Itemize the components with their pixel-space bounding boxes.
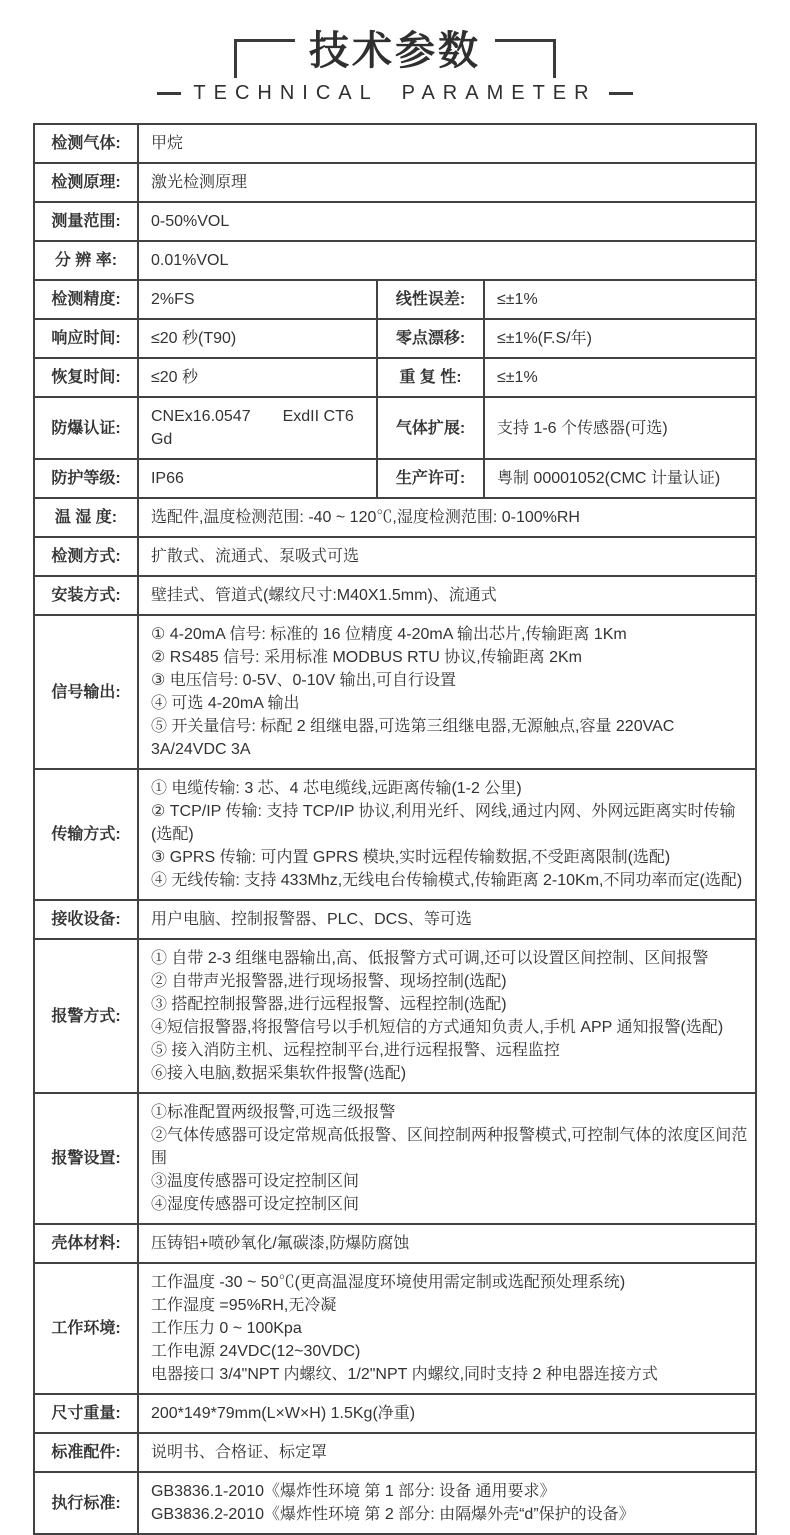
- page-subtitle: TECHNICAL PARAMETER: [193, 82, 596, 105]
- param-label: 零点漂移:: [377, 319, 484, 358]
- param-value: ≤±1%: [484, 280, 756, 319]
- param-label: 检测精度:: [34, 280, 138, 319]
- param-label: 气体扩展:: [377, 397, 484, 459]
- param-label: 测量范围:: [34, 202, 138, 241]
- param-value: 支持 1-6 个传感器(可选): [484, 397, 756, 459]
- dash-right-icon: [609, 92, 633, 95]
- header: 技术参数 TECHNICAL PARAMETER: [0, 26, 790, 105]
- param-label: 防护等级:: [34, 459, 138, 498]
- param-value: 用户电脑、控制报警器、PLC、DCS、等可选: [138, 900, 756, 939]
- param-value: ≤±1%(F.S/年): [484, 319, 756, 358]
- param-value: IP66: [138, 459, 377, 498]
- param-label: 检测方式:: [34, 537, 138, 576]
- param-value: 甲烷: [138, 124, 756, 163]
- param-value: 工作温度 -30 ~ 50℃(更高温湿度环境使用需定制或选配预处理系统) 工作湿…: [138, 1263, 756, 1394]
- table-row: 检测方式: 扩散式、流通式、泵吸式可选: [34, 537, 756, 576]
- param-value: ①标准配置两级报警,可选三级报警 ②气体传感器可设定常规高低报警、区间控制两种报…: [138, 1093, 756, 1224]
- table-row: 报警设置: ①标准配置两级报警,可选三级报警 ②气体传感器可设定常规高低报警、区…: [34, 1093, 756, 1224]
- param-label: 响应时间:: [34, 319, 138, 358]
- table-row: 执行标准: GB3836.1-2010《爆炸性环境 第 1 部分: 设备 通用要…: [34, 1472, 756, 1534]
- table-row: 信号输出: ① 4-20mA 信号: 标准的 16 位精度 4-20mA 输出芯…: [34, 615, 756, 769]
- table-row: 工作环境: 工作温度 -30 ~ 50℃(更高温湿度环境使用需定制或选配预处理系…: [34, 1263, 756, 1394]
- param-label: 安装方式:: [34, 576, 138, 615]
- table-row: 报警方式: ① 自带 2-3 组继电器输出,高、低报警方式可调,还可以设置区间控…: [34, 939, 756, 1093]
- param-value: ≤20 秒(T90): [138, 319, 377, 358]
- param-value: 激光检测原理: [138, 163, 756, 202]
- param-label: 检测气体:: [34, 124, 138, 163]
- param-label: 分 辨 率:: [34, 241, 138, 280]
- corner-bracket-left-icon: [234, 39, 295, 78]
- param-value: 2%FS: [138, 280, 377, 319]
- table-row: 分 辨 率: 0.01%VOL: [34, 241, 756, 280]
- table-row: 防爆认证: CNEx16.0547 ExdII CT6 Gd 气体扩展: 支持 …: [34, 397, 756, 459]
- param-value: ≤20 秒: [138, 358, 377, 397]
- param-label: 重 复 性:: [377, 358, 484, 397]
- table-row: 检测精度: 2%FS 线性误差: ≤±1%: [34, 280, 756, 319]
- table-row: 接收设备: 用户电脑、控制报警器、PLC、DCS、等可选: [34, 900, 756, 939]
- table-row: 防护等级: IP66 生产许可: 粤制 00001052(CMC 计量认证): [34, 459, 756, 498]
- page-title: 技术参数: [309, 26, 481, 76]
- param-label: 报警设置:: [34, 1093, 138, 1224]
- param-value: ① 4-20mA 信号: 标准的 16 位精度 4-20mA 输出芯片,传输距离…: [138, 615, 756, 769]
- table-row: 尺寸重量: 200*149*79mm(L×W×H) 1.5Kg(净重): [34, 1394, 756, 1433]
- param-label: 接收设备:: [34, 900, 138, 939]
- table-row: 响应时间: ≤20 秒(T90) 零点漂移: ≤±1%(F.S/年): [34, 319, 756, 358]
- param-label: 执行标准:: [34, 1472, 138, 1534]
- table-row: 标准配件: 说明书、合格证、标定罩: [34, 1433, 756, 1472]
- param-label: 壳体材料:: [34, 1224, 138, 1263]
- param-label: 报警方式:: [34, 939, 138, 1093]
- param-label: 生产许可:: [377, 459, 484, 498]
- table-row: 恢复时间: ≤20 秒 重 复 性: ≤±1%: [34, 358, 756, 397]
- spec-sheet-page: 技术参数 TECHNICAL PARAMETER 检测气体: 甲烷 检测原理: …: [0, 0, 790, 1535]
- param-value: 压铸铝+喷砂氧化/氟碳漆,防爆防腐蚀: [138, 1224, 756, 1263]
- table-row: 检测气体: 甲烷: [34, 124, 756, 163]
- table-row: 传输方式: ① 电缆传输: 3 芯、4 芯电缆线,远距离传输(1-2 公里) ②…: [34, 769, 756, 900]
- corner-bracket-right-icon: [495, 39, 556, 78]
- subtitle-row: TECHNICAL PARAMETER: [0, 82, 790, 105]
- param-value: GB3836.1-2010《爆炸性环境 第 1 部分: 设备 通用要求》 GB3…: [138, 1472, 756, 1534]
- param-value: ≤±1%: [484, 358, 756, 397]
- param-label: 传输方式:: [34, 769, 138, 900]
- param-value: 0.01%VOL: [138, 241, 756, 280]
- param-label: 尺寸重量:: [34, 1394, 138, 1433]
- param-value: 扩散式、流通式、泵吸式可选: [138, 537, 756, 576]
- param-label: 防爆认证:: [34, 397, 138, 459]
- param-value: ① 电缆传输: 3 芯、4 芯电缆线,远距离传输(1-2 公里) ② TCP/I…: [138, 769, 756, 900]
- param-value: 200*149*79mm(L×W×H) 1.5Kg(净重): [138, 1394, 756, 1433]
- table-row: 检测原理: 激光检测原理: [34, 163, 756, 202]
- param-label: 线性误差:: [377, 280, 484, 319]
- spec-table: 检测气体: 甲烷 检测原理: 激光检测原理 测量范围: 0-50%VOL 分 辨…: [33, 123, 757, 1535]
- dash-left-icon: [157, 92, 181, 95]
- table-row: 温 湿 度: 选配件,温度检测范围: -40 ~ 120℃,湿度检测范围: 0-…: [34, 498, 756, 537]
- table-row: 测量范围: 0-50%VOL: [34, 202, 756, 241]
- param-label: 温 湿 度:: [34, 498, 138, 537]
- param-value: 壁挂式、管道式(螺纹尺寸:M40X1.5mm)、流通式: [138, 576, 756, 615]
- param-value: 粤制 00001052(CMC 计量认证): [484, 459, 756, 498]
- title-row: 技术参数: [0, 26, 790, 78]
- param-value: ① 自带 2-3 组继电器输出,高、低报警方式可调,还可以设置区间控制、区间报警…: [138, 939, 756, 1093]
- param-value: 选配件,温度检测范围: -40 ~ 120℃,湿度检测范围: 0-100%RH: [138, 498, 756, 537]
- table-row: 壳体材料: 压铸铝+喷砂氧化/氟碳漆,防爆防腐蚀: [34, 1224, 756, 1263]
- param-label: 恢复时间:: [34, 358, 138, 397]
- param-value: 0-50%VOL: [138, 202, 756, 241]
- param-label: 工作环境:: [34, 1263, 138, 1394]
- table-row: 安装方式: 壁挂式、管道式(螺纹尺寸:M40X1.5mm)、流通式: [34, 576, 756, 615]
- param-label: 检测原理:: [34, 163, 138, 202]
- param-value: CNEx16.0547 ExdII CT6 Gd: [138, 397, 377, 459]
- param-value: 说明书、合格证、标定罩: [138, 1433, 756, 1472]
- param-label: 信号输出:: [34, 615, 138, 769]
- param-label: 标准配件:: [34, 1433, 138, 1472]
